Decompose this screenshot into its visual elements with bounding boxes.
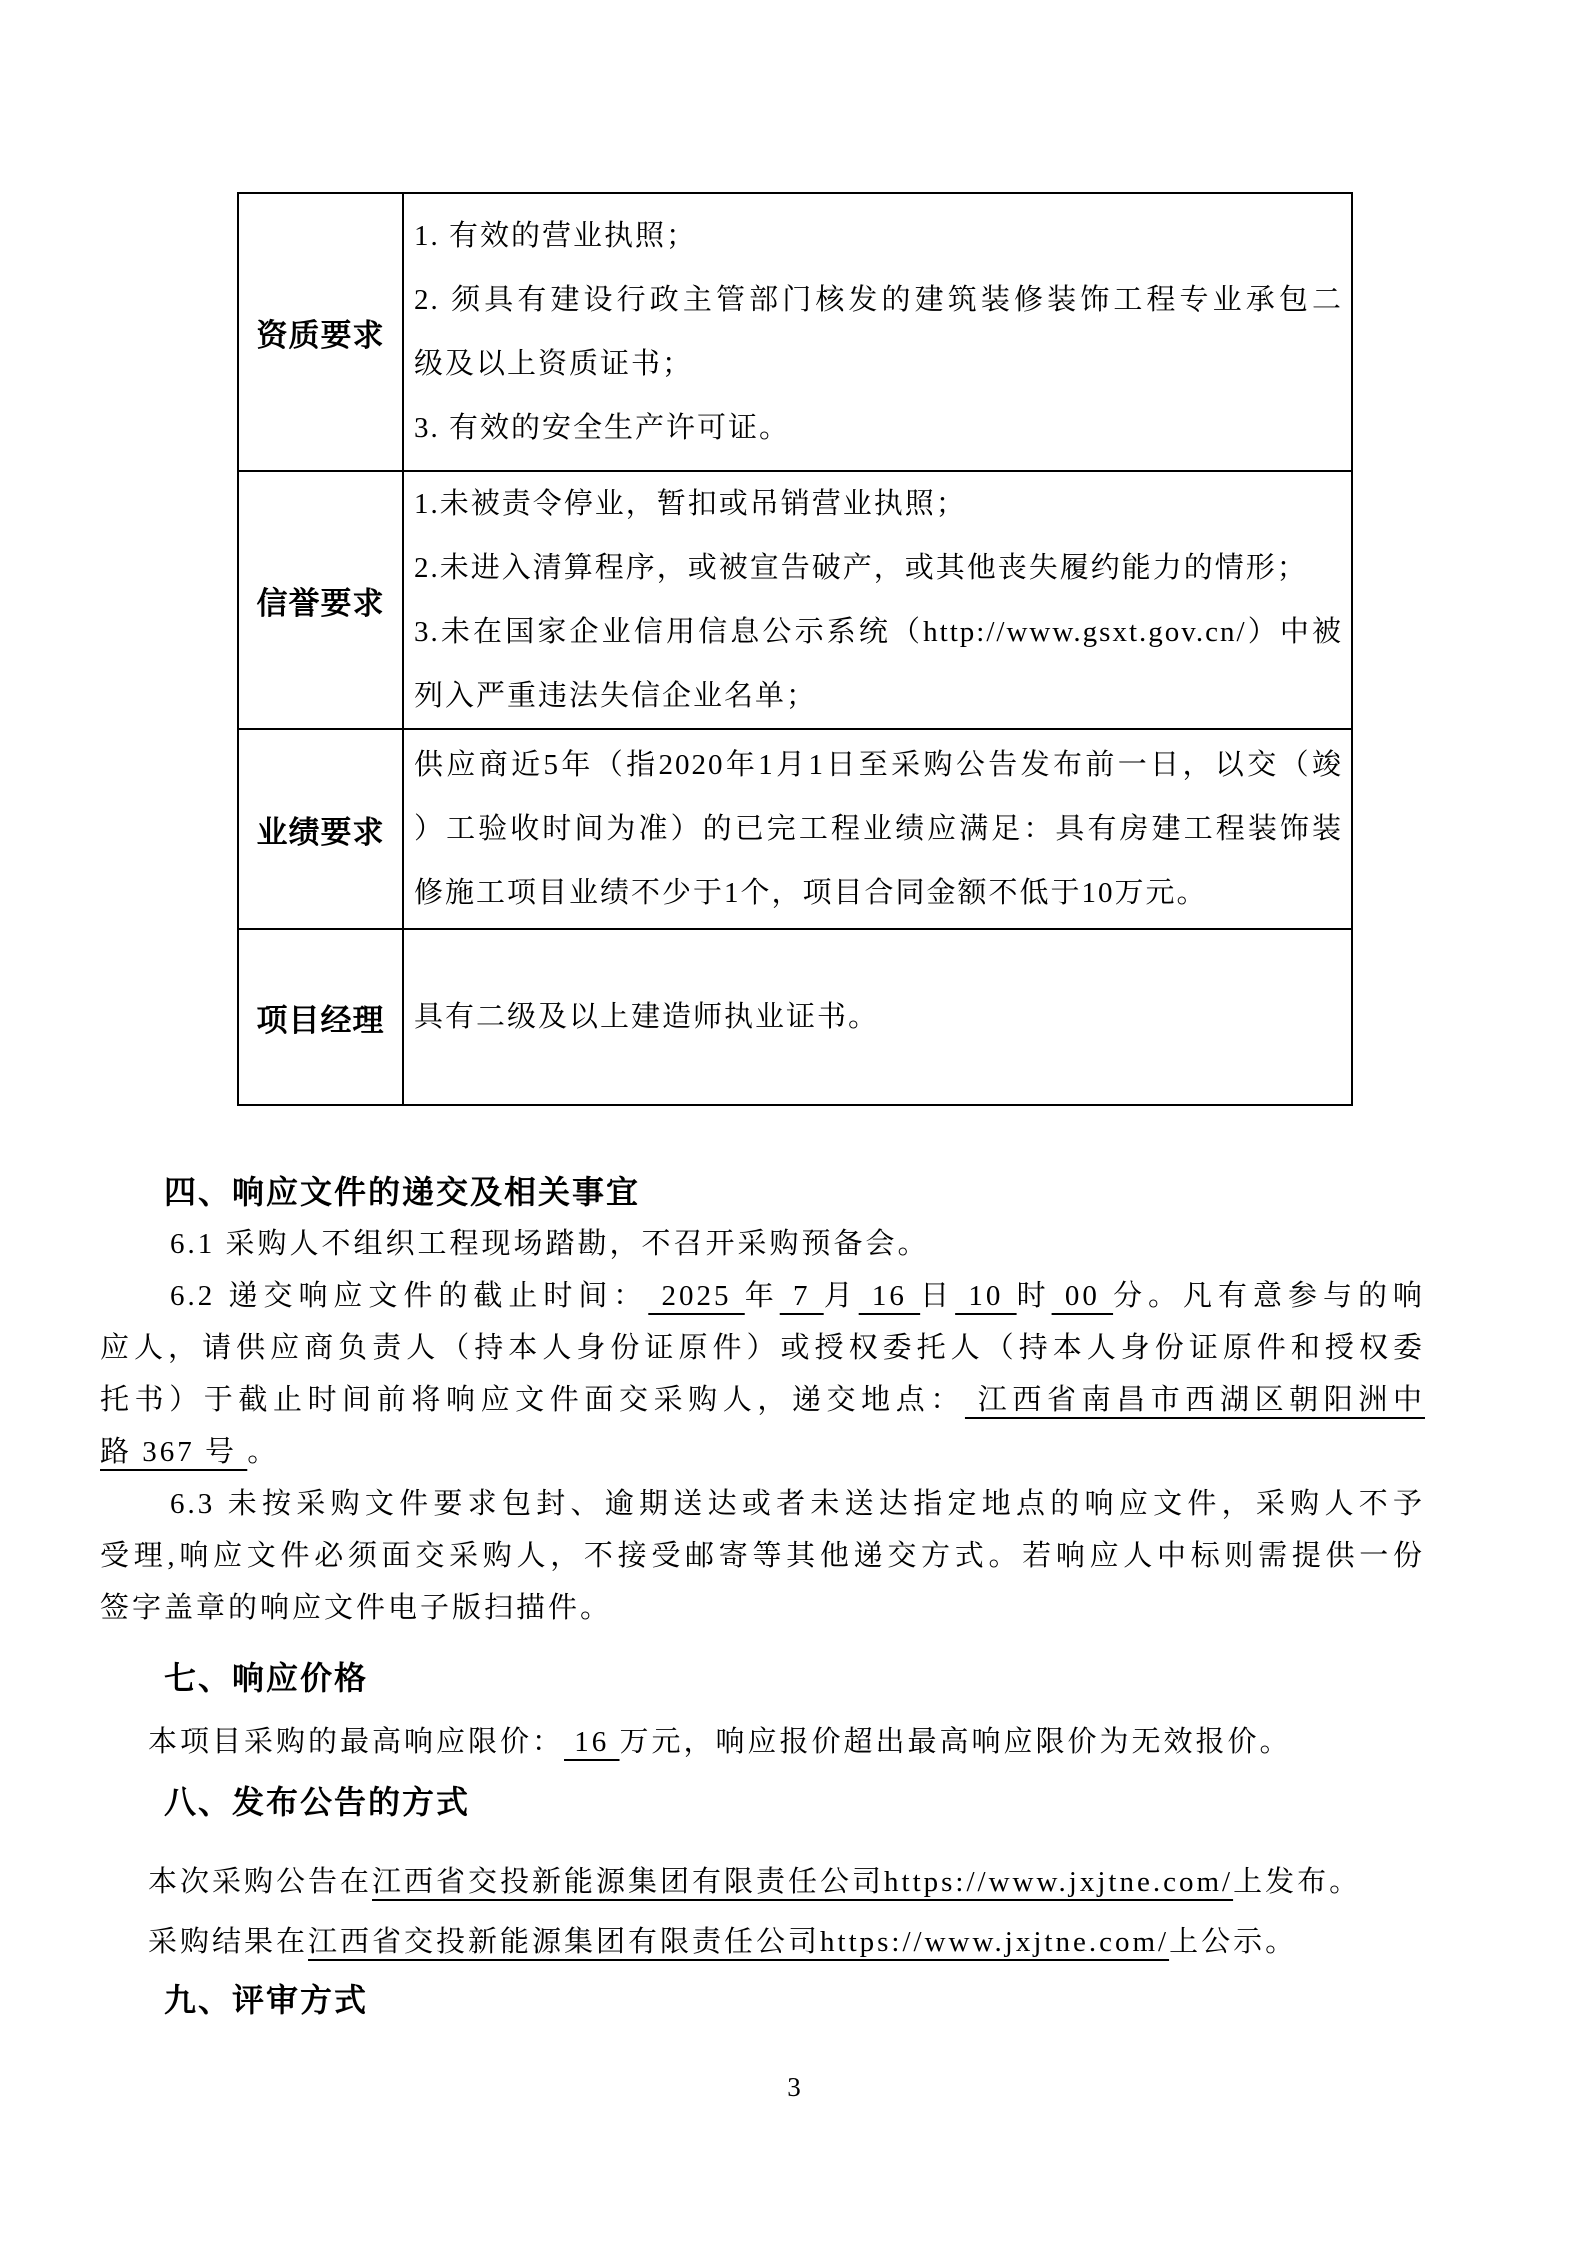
text-line: 应人，请供应商负责人（持本人身份证原件）或授权委托人（持本人身份证原件和授权委 [100,1322,1425,1374]
text-line: 2.未进入清算程序，或被宣告破产，或其他丧失履约能力的情形； [414,536,1343,600]
table-row-qualification: 资质要求 1. 有效的营业执照；2. 须具有建设行政主管部门核发的建筑装修装饰工… [238,193,1352,471]
section-heading-9: 九、评审方式 [100,1974,1425,2026]
section-heading-8: 八、发布公告的方式 [100,1776,1425,1828]
text-run: 供应商近5年（指2020年1月1日至采购公告发布前一日，以交（竣 [414,749,1343,781]
text-run: 1.未被责令停业，暂扣或吊销营业执照； [414,488,967,520]
text-line: 6.2 递交响应文件的截止时间： 2025 年 7 月 16 日 10 时 00… [100,1270,1425,1322]
document-page: 资质要求 1. 有效的营业执照；2. 须具有建设行政主管部门核发的建筑装修装饰工… [0,0,1588,2246]
text-run: 列入严重违法失信企业名单； [414,680,817,712]
text-run: 3.未在国家企业信用信息公示系统（http://www.gsxt.gov.cn/… [414,616,1343,648]
row-content-performance: 供应商近5年（指2020年1月1日至采购公告发布前一日，以交（竣）工验收时间为准… [403,729,1352,929]
text-run: 上公示。 [1169,1926,1297,1958]
text-line: 2. 须具有建设行政主管部门核发的建筑装修装饰工程专业承包二 [414,268,1343,332]
text-run: 受理,响应文件必须面交采购人，不接受邮寄等其他递交方式。若响应人中标则需提供一份 [100,1540,1425,1572]
underlined-text: 10 [955,1280,1016,1312]
row-label-performance: 业绩要求 [238,729,403,929]
text-line: 本项目采购的最高响应限价： 16 万元，响应报价超出最高响应限价为无效报价。 [100,1716,1425,1768]
text-line: 修施工项目业绩不少于1个，项目合同金额不低于10万元。 [414,861,1343,925]
underlined-text: 江西省南昌市西湖区朝阳洲中 [965,1384,1425,1416]
paragraph-announcement: 本次采购公告在江西省交投新能源集团有限责任公司https://www.jxjtn… [100,1856,1425,1908]
section-heading-7: 七、响应价格 [100,1652,1425,1704]
text-line: 托书）于截止时间前将响应文件面交采购人，递交地点： 江西省南昌市西湖区朝阳洲中 [100,1374,1425,1426]
text-run: 应人，请供应商负责人（持本人身份证原件）或授权委托人（持本人身份证原件和授权委 [100,1332,1425,1364]
paragraph-6-3: 6.3 未按采购文件要求包封、逾期送达或者未送达指定地点的响应文件，采购人不予受… [100,1478,1425,1634]
document-body: 四、响应文件的递交及相关事宜 6.1 采购人不组织工程现场踏勘，不召开采购预备会… [100,1166,1425,2026]
text-run: 级及以上资质证书； [414,348,693,380]
text-run: 3. 有效的安全生产许可证。 [414,412,790,444]
text-run: 。 [247,1436,279,1468]
text-line: 级及以上资质证书； [414,332,1343,396]
text-run: 万元，响应报价超出最高响应限价为无效报价。 [620,1726,1292,1758]
paragraph-6-2: 6.2 递交响应文件的截止时间： 2025 年 7 月 16 日 10 时 00… [100,1270,1425,1478]
text-run: 6.3 未按采购文件要求包封、逾期送达或者未送达指定地点的响应文件，采购人不予 [170,1488,1425,1520]
text-run: 分。凡有意参与的响 [1113,1280,1425,1312]
text-run: 本次采购公告在 [148,1866,372,1898]
text-line: 签字盖章的响应文件电子版扫描件。 [100,1582,1425,1634]
underlined-text: 路 367 号 [100,1436,247,1468]
text-run: 2.未进入清算程序，或被宣告破产，或其他丧失履约能力的情形； [414,552,1308,584]
text-run: ）工验收时间为准）的已完工程业绩应满足：具有房建工程装饰装 [414,813,1343,845]
text-line: 路 367 号 。 [100,1426,1425,1478]
text-line: 6.3 未按采购文件要求包封、逾期送达或者未送达指定地点的响应文件，采购人不予 [100,1478,1425,1530]
row-content-qualification: 1. 有效的营业执照；2. 须具有建设行政主管部门核发的建筑装修装饰工程专业承包… [403,193,1352,471]
row-content-project-manager: 具有二级及以上建造师执业证书。 [403,929,1352,1105]
row-label-project-manager: 项目经理 [238,929,403,1105]
text-run: 时 [1017,1280,1052,1312]
text-run: 月 [824,1280,859,1312]
text-run: 6.1 采购人不组织工程现场踏勘，不召开采购预备会。 [170,1228,930,1260]
underlined-text: 江西省交投新能源集团有限责任公司https://www.jxjtne.com/ [372,1866,1233,1898]
text-line: 列入严重违法失信企业名单； [414,664,1343,728]
row-label-qualification: 资质要求 [238,193,403,471]
text-run: 日 [920,1280,955,1312]
text-run: 签字盖章的响应文件电子版扫描件。 [100,1592,612,1624]
text-run: 本项目采购的最高响应限价： [148,1726,564,1758]
section-heading-4: 四、响应文件的递交及相关事宜 [100,1166,1425,1218]
text-run: 年 [745,1280,780,1312]
underlined-text: 江西省交投新能源集团有限责任公司https://www.jxjtne.com/ [308,1926,1169,1958]
text-run: 上发布。 [1233,1866,1361,1898]
text-line: 采购结果在江西省交投新能源集团有限责任公司https://www.jxjtne.… [100,1916,1425,1968]
text-line: 3. 有效的安全生产许可证。 [414,396,1343,460]
underlined-text: 16 [859,1280,920,1312]
text-run: 1. 有效的营业执照； [414,220,697,252]
paragraph-result-publicity: 采购结果在江西省交投新能源集团有限责任公司https://www.jxjtne.… [100,1916,1425,1968]
text-run: 修施工项目业绩不少于1个，项目合同金额不低于10万元。 [414,877,1208,909]
text-line: 1. 有效的营业执照； [414,204,1343,268]
text-line: 1.未被责令停业，暂扣或吊销营业执照； [414,472,1343,536]
text-run: 采购结果在 [148,1926,308,1958]
underlined-text: 16 [564,1726,620,1758]
text-run: 具有二级及以上建造师执业证书。 [414,1001,879,1033]
page-number: 3 [0,2072,1588,2103]
row-content-reputation: 1.未被责令停业，暂扣或吊销营业执照；2.未进入清算程序，或被宣告破产，或其他丧… [403,471,1352,729]
text-run: 6.2 递交响应文件的截止时间： [170,1280,648,1312]
text-line: 6.1 采购人不组织工程现场踏勘，不召开采购预备会。 [100,1218,1425,1270]
paragraph-6-1: 6.1 采购人不组织工程现场踏勘，不召开采购预备会。 [100,1218,1425,1270]
row-label-reputation: 信誉要求 [238,471,403,729]
text-run: 2. 须具有建设行政主管部门核发的建筑装修装饰工程专业承包二 [414,284,1343,316]
requirements-table: 资质要求 1. 有效的营业执照；2. 须具有建设行政主管部门核发的建筑装修装饰工… [237,192,1353,1106]
text-line: 供应商近5年（指2020年1月1日至采购公告发布前一日，以交（竣 [414,733,1343,797]
table-row-performance: 业绩要求 供应商近5年（指2020年1月1日至采购公告发布前一日，以交（竣）工验… [238,729,1352,929]
underlined-text: 2025 [648,1280,744,1312]
paragraph-price-limit: 本项目采购的最高响应限价： 16 万元，响应报价超出最高响应限价为无效报价。 [100,1716,1425,1768]
text-line: 具有二级及以上建造师执业证书。 [414,985,1343,1049]
text-line: 本次采购公告在江西省交投新能源集团有限责任公司https://www.jxjtn… [100,1856,1425,1908]
table-row-project-manager: 项目经理 具有二级及以上建造师执业证书。 [238,929,1352,1105]
text-line: 3.未在国家企业信用信息公示系统（http://www.gsxt.gov.cn/… [414,600,1343,664]
text-line: ）工验收时间为准）的已完工程业绩应满足：具有房建工程装饰装 [414,797,1343,861]
underlined-text: 7 [780,1280,824,1312]
text-line: 受理,响应文件必须面交采购人，不接受邮寄等其他递交方式。若响应人中标则需提供一份 [100,1530,1425,1582]
table-row-reputation: 信誉要求 1.未被责令停业，暂扣或吊销营业执照；2.未进入清算程序，或被宣告破产… [238,471,1352,729]
text-run: 托书）于截止时间前将响应文件面交采购人，递交地点： [100,1384,965,1416]
underlined-text: 00 [1052,1280,1113,1312]
